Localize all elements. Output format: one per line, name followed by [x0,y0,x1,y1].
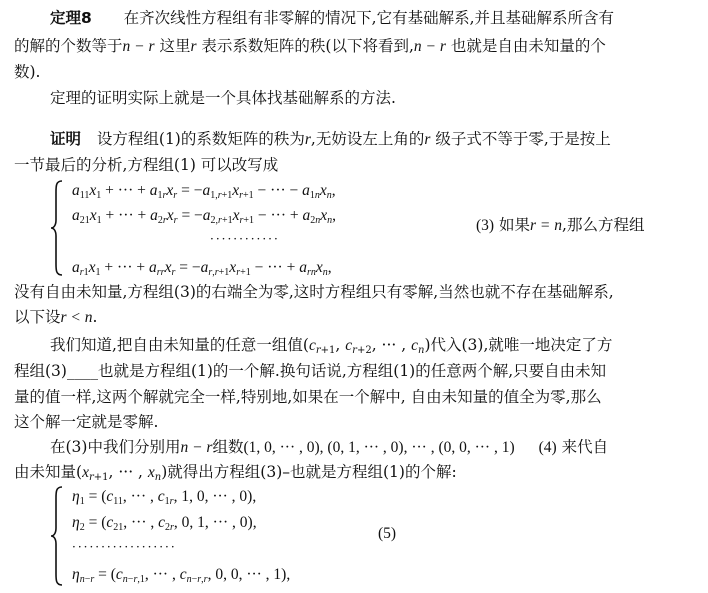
text: 这里 [155,37,191,55]
proof-line-4: 以下设r < n. [14,307,97,328]
math-r-lt-n: r < n [61,309,93,326]
proof-line-3: 没有自由未知量,方程组(3)的右端全为零,这时方程组只有零解,当然也就不存在基础… [14,282,614,302]
math-n-minus-r: n − r [180,439,212,456]
text: 来代自 [557,438,608,456]
text: 组数(1, 0, ··· , 0), (0, 1, ··· , 0), ··· … [212,439,514,456]
text: . [93,308,98,326]
theorem-line-3: 数). [14,62,40,82]
text: 在(3)中我们分别用 [50,438,180,456]
text: )就得出方程组(3)–也就是方程组(1)的个解: [161,463,456,481]
proof-line-1: 证明 设方程组(1)的系数矩阵的秩为r,无妨设左上角的r 级子式不等于零,于是按… [50,129,611,150]
equation-tag-3-line: (3) 如果r = n,那么方程组 [476,215,644,236]
text: 以下设 [14,308,61,326]
para3-line-1: 在(3)中我们分别用n − r组数(1, 0, ··· , 0), (0, 1,… [50,437,608,458]
text: 由未知量( [14,463,82,481]
equation-tag: (4) [539,439,557,456]
math-r-eq-n: r = n [530,217,562,234]
text: )代入(3),就唯一地决定了方 [424,336,612,354]
solution-ellipsis: ·················· [72,540,177,554]
solution-eta-2: η2 = (c21, ··· , c2r, 0, 1, ··· , 0), [72,513,257,533]
text: 我们知道,把自由未知量的任意一组值( [50,336,309,354]
equation-tag: (5) [378,524,396,544]
equation-row-r: ar1x1 + ··· + arrxr = −ar,r+1xr+1 − ··· … [72,258,332,278]
proof-label: 证明 [50,130,81,148]
para2-line-4: 这个解一定就是零解. [14,412,158,432]
equation-tag: (3) [476,217,494,234]
para3-line-2: 由未知量(xr+1, ··· , xn)就得出方程组(3)–也就是方程组(1)的… [14,462,457,483]
remark: 定理的证明实际上就是一个具体找基础解系的方法. [50,88,396,108]
text: 设方程组(1)的系数矩阵的秩为 [97,130,305,148]
para2-line-1: 我们知道,把自由未知量的任意一组值(cr+1, cr+2, ··· , cn)代… [50,335,612,356]
solution-eta-n-minus-r: ηn−r = (cn−r,1, ··· , cn−r,r, 0, 0, ··· … [72,565,290,585]
proof-line-2: 一节最后的分析,方程组(1) 可以改写成 [14,155,278,175]
theorem-text: 在齐次线性方程组有非零解的情况下,它有基础解系,并且基础解系所含有 [124,9,614,27]
theorem-line-1: 定理8 在齐次线性方程组有非零解的情况下,它有基础解系,并且基础解系所含有 [50,8,614,28]
equation-ellipsis: ············ [210,232,280,246]
equation-row-2: a21x1 + ··· + a2rxr = −a2,r+1xr+1 − ··· … [72,206,336,226]
text: 的解的个数等于 [14,37,123,55]
text: 级子式不等于零,于是按上 [430,130,610,148]
text: ,无妨设左上角的 [311,130,424,148]
equation-row-1: a11x1 + ··· + a1rxr = −a1,r+1xr+1 − ··· … [72,181,336,201]
para2-line-2: 程组(3)____也就是方程组(1)的一个解.换句话说,方程组(1)的任意两个解… [14,361,606,381]
solution-eta-1: η1 = (c11, ··· , c1r, 1, 0, ··· , 0), [72,487,256,507]
para2-line-3: 量的值一样,这两个解就完全一样,特别地,如果在一个解中, 自由未知量的值全为零,… [14,387,602,407]
theorem-label: 定理8 [50,9,92,27]
left-brace-icon [50,180,64,276]
text: 如果 [494,216,530,234]
text: ,那么方程组 [562,216,644,234]
theorem-line-2: 的解的个数等于n − r 这里r 表示系数矩阵的秩(以下将看到,n − r 也就… [14,36,606,57]
text: 表示系数矩阵的秩(以下将看到, [197,37,414,55]
math-n-minus-r: n − r [414,38,446,55]
left-brace-icon [50,486,64,586]
math-n-minus-r: n − r [123,38,155,55]
text: 也就是自由未知量的个 [446,37,606,55]
